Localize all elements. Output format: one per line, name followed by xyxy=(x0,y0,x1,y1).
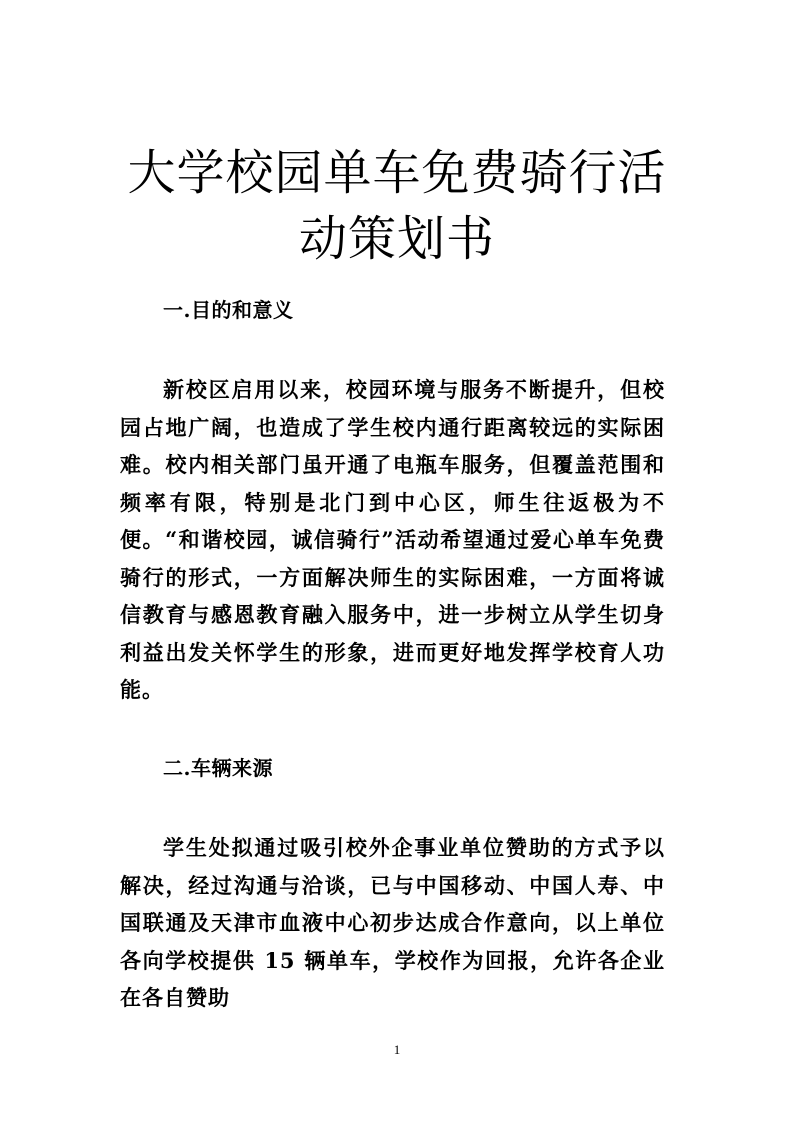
section-heading-purpose: 一.目的和意义 xyxy=(163,298,293,322)
title-line-2: 动策划书 xyxy=(299,211,495,267)
document-title: 大学校园单车免费骑行活 动策划书 xyxy=(100,140,694,272)
section-heading-vehicle-source: 二.车辆来源 xyxy=(163,756,273,780)
title-line-1: 大学校园单车免费骑行活 xyxy=(127,145,666,201)
document-page: 大学校园单车免费骑行活 动策划书 一.目的和意义 新校区启用以来，校园环境与服务… xyxy=(0,0,794,1123)
page-number: 1 xyxy=(0,1042,794,1058)
section-paragraph-purpose: 新校区启用以来，校园环境与服务不断提升，但校园占地广阔，也造成了学生校内通行距离… xyxy=(120,371,665,709)
section-paragraph-vehicle-source: 学生处拟通过吸引校外企事业单位赞助的方式予以解决，经过沟通与洽谈，已与中国移动、… xyxy=(120,829,665,1017)
